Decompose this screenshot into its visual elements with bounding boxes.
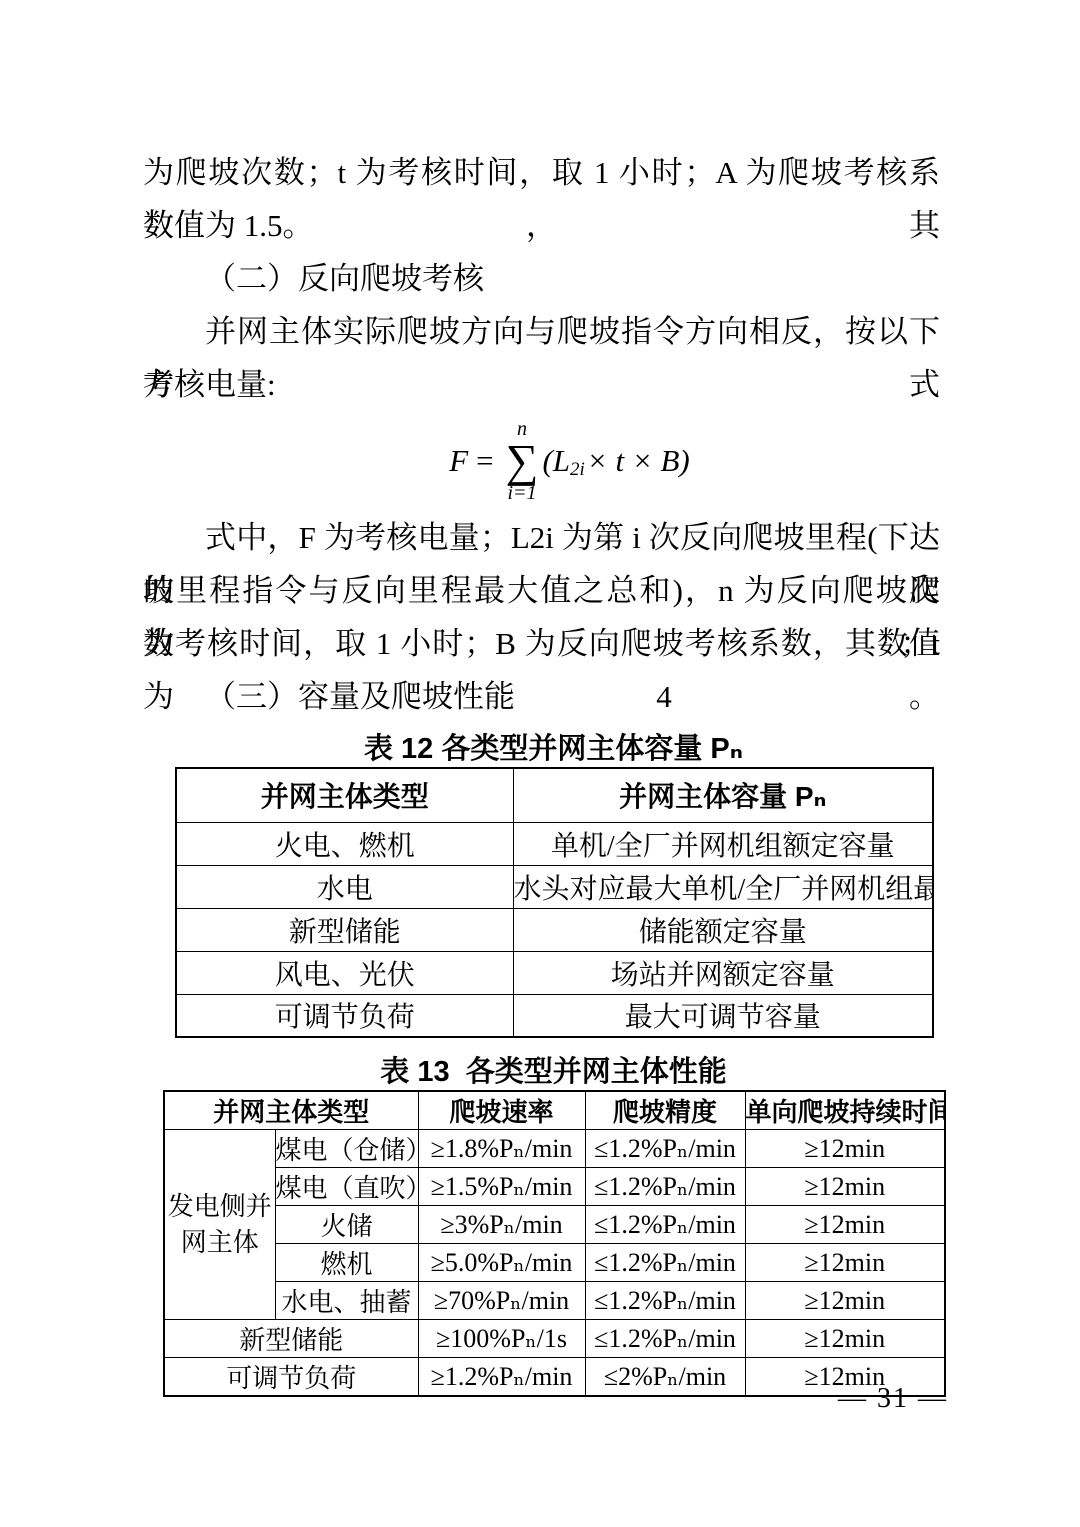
table-row: 水电、抽蓄 ≥70%Pₙ/min ≤1.2%Pₙ/min ≥12min [164, 1282, 945, 1320]
table-cell: 煤电（仓储） [275, 1130, 418, 1168]
table-row: 燃机 ≥5.0%Pₙ/min ≤1.2%Pₙ/min ≥12min [164, 1244, 945, 1282]
body-line: 并网主体实际爬坡方向与爬坡指令方向相反，按以下方式 [143, 305, 940, 358]
table-cell: ≥5.0%Pₙ/min [418, 1244, 585, 1282]
table-cell: 燃机 [275, 1244, 418, 1282]
table-cell: ≥3%Pₙ/min [418, 1206, 585, 1244]
table-cell: ≥12min [745, 1168, 945, 1206]
table-row: 可调节负荷 最大可调节容量 [176, 994, 933, 1037]
body-line: 为爬坡次数；t 为考核时间，取 1 小时；A 为爬坡考核系数，其 [143, 146, 940, 199]
table-cell: ≥12min [745, 1244, 945, 1282]
table-cell: 新型储能 [164, 1320, 418, 1358]
table-cell: 火储 [275, 1206, 418, 1244]
table-row: 水电 水头对应最大单机/全厂并网机组最大出力 [176, 865, 933, 908]
table13-header-ramp-rate: 爬坡速率 [418, 1091, 585, 1130]
table-cell: 煤电（直吹） [275, 1168, 418, 1206]
table-cell: ≥1.5%Pₙ/min [418, 1168, 585, 1206]
table-cell: ≥1.2%Pₙ/min [418, 1358, 585, 1397]
body-line: 式中，F 为考核电量；L2i 为第 i 次反向爬坡里程(下达的爬 [143, 511, 940, 564]
table-cell: 水头对应最大单机/全厂并网机组最大出力 [513, 865, 933, 908]
page-number: — 31 — [838, 1383, 948, 1415]
table-cell: ≥70%Pₙ/min [418, 1282, 585, 1320]
table-cell: ≥12min [745, 1206, 945, 1244]
table13-header-ramp-duration: 单向爬坡持续时间 [745, 1091, 945, 1130]
sigma-symbol: ∑ [506, 439, 539, 483]
table-cell: 水电 [176, 865, 513, 908]
table-cell: 储能额定容量 [513, 908, 933, 951]
document-content: 为爬坡次数；t 为考核时间，取 1 小时；A 为爬坡考核系数，其 数值为 1.5… [143, 146, 940, 1397]
body-line: 坡里程指令与反向里程最大值之总和)，n 为反向爬坡次数；t [143, 564, 940, 617]
table-cell: ≤2%Pₙ/min [585, 1358, 745, 1397]
section-heading-2: （二）反向爬坡考核 [143, 252, 940, 305]
table-cell: 新型储能 [176, 908, 513, 951]
table12-header-capacity: 并网主体容量 Pₙ [513, 768, 933, 822]
table13-performance: 并网主体类型 爬坡速率 爬坡精度 单向爬坡持续时间 发电侧并网主体 煤电（仓储）… [163, 1090, 946, 1397]
table13-header-ramp-accuracy: 爬坡精度 [585, 1091, 745, 1130]
formula-equals: = [476, 443, 493, 479]
table13-header-type: 并网主体类型 [164, 1091, 418, 1130]
table-cell: ≥1.8%Pₙ/min [418, 1130, 585, 1168]
table-cell: 可调节负荷 [176, 994, 513, 1037]
summation-lower-limit: i=1 [508, 483, 537, 503]
table-cell: 最大可调节容量 [513, 994, 933, 1037]
table-row: 新型储能 ≥100%Pₙ/1s ≤1.2%Pₙ/min ≥12min [164, 1320, 945, 1358]
formula-summation: n ∑ i=1 [506, 419, 539, 503]
table-row: 火储 ≥3%Pₙ/min ≤1.2%Pₙ/min ≥12min [164, 1206, 945, 1244]
table-cell: ≤1.2%Pₙ/min [585, 1282, 745, 1320]
table-cell: ≥100%Pₙ/1s [418, 1320, 585, 1358]
table-cell: ≤1.2%Pₙ/min [585, 1320, 745, 1358]
table12-capacity: 并网主体类型 并网主体容量 Pₙ 火电、燃机 单机/全厂并网机组额定容量 水电 … [175, 767, 934, 1038]
table-cell: 可调节负荷 [164, 1358, 418, 1397]
table-cell: ≥12min [745, 1320, 945, 1358]
table13-title: 表 13 各类型并网主体性能 [163, 1054, 944, 1090]
table-cell: ≤1.2%Pₙ/min [585, 1206, 745, 1244]
table-cell: ≤1.2%Pₙ/min [585, 1168, 745, 1206]
table-row: 风电、光伏 场站并网额定容量 [176, 951, 933, 994]
table-row: 火电、燃机 单机/全厂并网机组额定容量 [176, 822, 933, 865]
table-cell: ≥12min [745, 1282, 945, 1320]
document-page: 为爬坡次数；t 为考核时间，取 1 小时；A 为爬坡考核系数，其 数值为 1.5… [0, 0, 1080, 1527]
table-cell: 风电、光伏 [176, 951, 513, 994]
table-row: 煤电（直吹） ≥1.5%Pₙ/min ≤1.2%Pₙ/min ≥12min [164, 1168, 945, 1206]
table12-title: 表 12 各类型并网主体容量 Pₙ [175, 731, 932, 767]
table13-group-generation-side: 发电侧并网主体 [164, 1130, 275, 1320]
table-cell: ≤1.2%Pₙ/min [585, 1130, 745, 1168]
formula-term-tail: × t × B) [587, 443, 690, 479]
table-cell: 水电、抽蓄 [275, 1282, 418, 1320]
table-cell: 场站并网额定容量 [513, 951, 933, 994]
table12-header-type: 并网主体类型 [176, 768, 513, 822]
table-row: 新型储能 储能额定容量 [176, 908, 933, 951]
formula-term-open: (L [542, 443, 570, 479]
table-cell: 火电、燃机 [176, 822, 513, 865]
table-row: 可调节负荷 ≥1.2%Pₙ/min ≤2%Pₙ/min ≥12min [164, 1358, 945, 1397]
table13-header-row: 并网主体类型 爬坡速率 爬坡精度 单向爬坡持续时间 [164, 1091, 945, 1130]
table12-header-row: 并网主体类型 并网主体容量 Pₙ [176, 768, 933, 822]
table-cell: 单机/全厂并网机组额定容量 [513, 822, 933, 865]
table-cell: ≥12min [745, 1130, 945, 1168]
body-line: 为考核时间，取 1 小时；B 为反向爬坡考核系数，其数值为 4。 [143, 617, 940, 670]
formula-reverse-ramp: F = n ∑ i=1 (L 2i × t × B) [143, 411, 940, 511]
formula-term-subscript: 2i [570, 459, 585, 481]
table-row: 发电侧并网主体 煤电（仓储） ≥1.8%Pₙ/min ≤1.2%Pₙ/min ≥… [164, 1130, 945, 1168]
table-cell: ≤1.2%Pₙ/min [585, 1244, 745, 1282]
formula-lhs: F [449, 443, 468, 479]
